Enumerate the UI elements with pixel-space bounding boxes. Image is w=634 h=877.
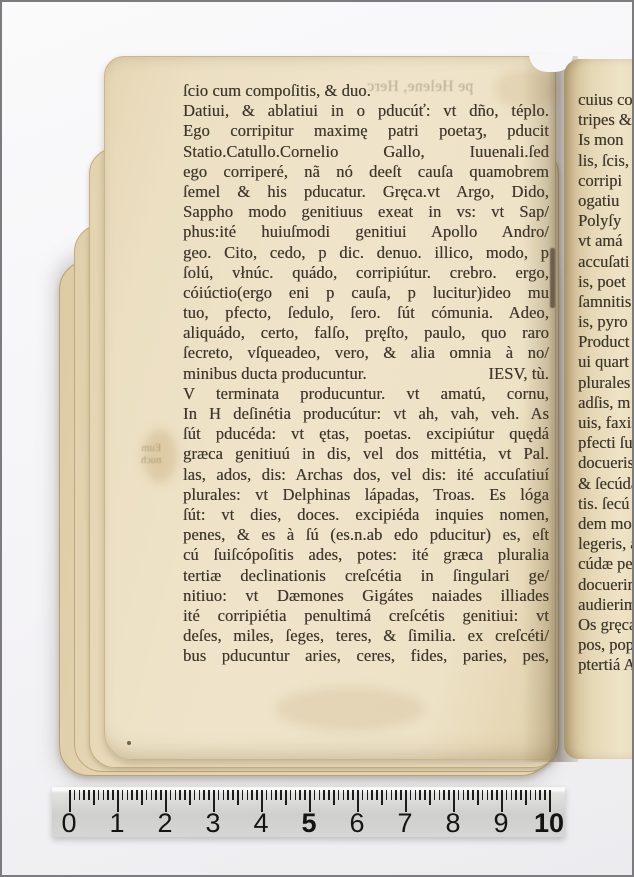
text-line: aliquádo, certo, falſo, pręſto, paulo, q… — [183, 323, 549, 343]
ruler-tick — [151, 790, 153, 800]
text-line: In H deſinétia producútur: vt ah, vah, v… — [183, 404, 549, 424]
text-line: las, ados, dis: Archas dos, vel dis: ité… — [183, 465, 549, 485]
ruler-tick — [386, 790, 388, 800]
ruler-number: 6 — [337, 808, 377, 839]
ruler-number: 0 — [49, 808, 89, 839]
ruler-tick — [184, 790, 186, 800]
ruler-number: 10 — [529, 808, 569, 839]
text-line: accuſati — [578, 252, 634, 272]
ruler-tick — [434, 790, 436, 800]
ruler-tick — [141, 790, 143, 805]
text-line: docueris — [578, 453, 634, 473]
text-line: ſút: vt dies, doces. excipiéda inquies n… — [183, 505, 549, 525]
ruler-tick — [208, 790, 210, 800]
text-line: vt amá — [578, 231, 634, 251]
ruler-tick — [419, 790, 421, 800]
ruler-number: 9 — [481, 808, 521, 839]
ruler-tick — [458, 790, 460, 800]
ruler-tick — [482, 790, 484, 800]
text-line: cóiúctio(ergo eni p cauſa, p lucitur)ide… — [183, 283, 549, 303]
text-line: Datiui, & ablatiui in o pducúť: vt dño, … — [183, 101, 549, 121]
foxing-speck — [127, 741, 131, 745]
ruler-tick — [415, 790, 417, 800]
ruler-number: 4 — [241, 808, 281, 839]
ruler-tick — [391, 790, 393, 800]
ruler-tick — [98, 790, 100, 800]
ruler-tick — [467, 790, 469, 800]
ruler-tick — [107, 790, 109, 800]
ruler-tick — [338, 790, 340, 800]
ruler-tick — [515, 790, 517, 800]
ruler-tick — [242, 790, 244, 800]
ruler-tick — [367, 790, 369, 800]
ruler-tick — [93, 790, 95, 805]
ruler-tick — [256, 790, 258, 800]
text-line: ui quart — [578, 352, 634, 372]
text-line-part: ſcio cum compoſitis, & duo. — [183, 81, 371, 101]
ruler-tick — [122, 790, 124, 800]
ruler-tick — [131, 790, 133, 800]
ruler-tick — [271, 790, 273, 800]
ruler-tick — [525, 790, 527, 805]
ruler-tick — [146, 790, 148, 800]
page-stain — [143, 429, 177, 483]
ruler-tick — [535, 790, 537, 800]
ruler-tick — [170, 790, 172, 800]
ruler-tick — [83, 790, 85, 800]
ruler-tick — [491, 790, 493, 800]
ruler-tick — [343, 790, 345, 800]
ruler-tick — [251, 790, 253, 800]
text-line: & ſecúda — [578, 474, 634, 494]
ruler-tick — [371, 790, 373, 800]
ruler-tick — [266, 790, 268, 800]
ruler-tick — [285, 790, 287, 805]
ruler-tick — [88, 790, 90, 800]
text-line: cuius co — [578, 90, 634, 110]
text-line: ogatiu — [578, 191, 634, 211]
ruler-tick — [280, 790, 282, 800]
ruler-tick — [530, 790, 532, 800]
ruler-number: 8 — [433, 808, 473, 839]
ruler-tick — [323, 790, 325, 800]
ruler-tick — [136, 790, 138, 800]
ruler-tick — [347, 790, 349, 800]
text-line: audierim — [578, 595, 634, 615]
ruler-tick — [429, 790, 431, 805]
ruler-tick — [295, 790, 297, 800]
text-line: deſes, miles, ſeges, teres, & ſimilia. e… — [183, 626, 549, 646]
ruler-tick — [395, 790, 397, 800]
ruler-tick — [194, 790, 196, 800]
text-line: nitiuo: vt Dæmones Gigátes naiades illia… — [183, 586, 549, 606]
ruler-tick — [237, 790, 239, 805]
text-line: pos, pop — [578, 635, 634, 655]
text-line: Is mon — [578, 130, 634, 150]
ruler-tick — [328, 790, 330, 800]
text-line: phus:ité huiuſmodi genitiui Apollo Andro… — [183, 222, 549, 242]
text-line: is, pyro — [578, 312, 634, 332]
ruler-tick — [496, 790, 498, 800]
text-line: penes, & es à ſú (es.n.ab edo pducitur) … — [183, 525, 549, 545]
ruler-tick — [227, 790, 229, 800]
right-page: cuius cotripes &Is monlis, ſcis,corripio… — [564, 59, 634, 759]
ruler-tick — [439, 790, 441, 800]
ruler-number: 1 — [97, 808, 137, 839]
ruler-tick — [304, 790, 306, 800]
ruler-tick — [179, 790, 181, 800]
ruler-tick — [189, 790, 191, 805]
text-line: V terminata producuntur. vt amatú, cornu… — [183, 384, 549, 404]
ruler-tick — [127, 790, 129, 800]
ruler-tick — [299, 790, 301, 800]
text-line: pfecti ſu — [578, 433, 634, 453]
ruler-tick — [448, 790, 450, 800]
ruler-tick — [443, 790, 445, 800]
text-line: plurales — [578, 373, 634, 393]
text-line: Polyſy — [578, 211, 634, 231]
text-line: tuo, pfecto, ſedulo, ſero. ſút cómunia. … — [183, 303, 549, 323]
text-line: ſamnitis — [578, 292, 634, 312]
ruler-tick — [314, 790, 316, 800]
ruler-tick — [511, 790, 513, 800]
text-line: ego corriperé, nã nó deeſt cauſa quamobr… — [183, 162, 549, 182]
text-line: Statio.Catullo.Cornelio Gallo, Iuuenali.… — [183, 142, 549, 162]
ruler-tick — [175, 790, 177, 800]
ruler-tick — [232, 790, 234, 800]
ruler-tick — [203, 790, 205, 800]
ruler-tick — [410, 790, 412, 800]
ruler-tick — [155, 790, 157, 800]
ruler-tick — [477, 790, 479, 805]
text-line: Ego corripitur maximę patri poetaʒ, pduc… — [183, 121, 549, 141]
text-line: tertiæ declinationis creſcétia in ſingul… — [183, 566, 549, 586]
left-page: pe Helene, Herc Eum nuch ſcio cum compoſ… — [104, 56, 556, 760]
page-stain — [275, 687, 425, 731]
ruler-tick — [275, 790, 277, 800]
ruler-tick — [103, 790, 105, 800]
text-line: tripes & — [578, 110, 634, 130]
text-line: geo. Cito, cedo, p dic. denuo. illico, m… — [183, 243, 549, 263]
text-line: uis, faxis — [578, 413, 634, 433]
ruler-tick — [352, 790, 354, 800]
text-line: plurales: vt Delphinas lápadas, Troas. E… — [183, 485, 549, 505]
text-line-part: minibus ducta producuntur. — [183, 364, 367, 384]
text-line: ſemel & his pducatur. Gręca.vt Argo, Did… — [183, 182, 549, 202]
ruler-tick — [520, 790, 522, 800]
left-page-text: ſcio cum compoſitis, & duo.Datiui, & abl… — [183, 81, 549, 666]
text-line: græca genitiuú in dis, vel dos mittétia,… — [183, 444, 549, 464]
text-line: docuerin — [578, 575, 634, 595]
ruler-tick — [199, 790, 201, 800]
ruler-number: 5 — [289, 808, 329, 839]
text-line: Os gręca — [578, 615, 634, 635]
ruler-tick — [376, 790, 378, 800]
ruler-tick — [381, 790, 383, 805]
right-page-text: cuius cotripes &Is monlis, ſcis,corripio… — [578, 90, 634, 675]
ruler-tick — [319, 790, 321, 800]
ruler-tick — [487, 790, 489, 800]
text-line: adſis, m — [578, 393, 634, 413]
ruler: 012345678910 — [52, 787, 565, 837]
ruler-tick — [223, 790, 225, 800]
text-line: Product — [578, 332, 634, 352]
text-line: tis. ſecú — [578, 494, 634, 514]
ruler-tick — [362, 790, 364, 800]
ruler-tick — [160, 790, 162, 800]
ruler-tick — [400, 790, 402, 800]
ruler-tick — [463, 790, 465, 800]
text-line: is, poet — [578, 272, 634, 292]
ruler-tick — [247, 790, 249, 800]
gutter-dark-streak — [550, 248, 555, 308]
text-line: ſcio cum compoſitis, & duo. — [183, 81, 549, 101]
text-line: ſecreto, vſqueadeo, vero, & alia omnia à… — [183, 343, 549, 363]
text-line: corripi — [578, 171, 634, 191]
ruler-tick — [74, 790, 76, 800]
ruler-tick — [218, 790, 220, 800]
ruler-tick — [290, 790, 292, 800]
ruler-number: 3 — [193, 808, 233, 839]
text-line: cú ſuiſcópoſitis ades, potes: ité græca … — [183, 545, 549, 565]
ruler-tick — [79, 790, 81, 800]
text-line: ptertiá A — [578, 655, 634, 675]
ruler-number: 2 — [145, 808, 185, 839]
ruler-number: 7 — [385, 808, 425, 839]
text-line: dem mo — [578, 514, 634, 534]
text-line: lis, ſcis, — [578, 151, 634, 171]
book-photo: pe Helene, Herc Eum nuch ſcio cum compoſ… — [0, 0, 634, 877]
text-line: legeris, a — [578, 534, 634, 554]
ruler-tick — [424, 790, 426, 800]
ruler-tick — [112, 790, 114, 800]
ruler-tick — [544, 790, 546, 800]
text-line: bus pducuntur aries, ceres, fides, parie… — [183, 646, 549, 666]
text-line: cúdæ per — [578, 554, 634, 574]
text-line: ſolú, vłnúc. quádo, corripiútur. crebro.… — [183, 263, 549, 283]
ruler-tick — [506, 790, 508, 800]
ruler-tick — [539, 790, 541, 800]
text-line: ſút pducéda: vt ętas, poetas. excipiútur… — [183, 424, 549, 444]
text-line: ité corripiétia penultimá creſcétis geni… — [183, 606, 549, 626]
ruler-tick — [333, 790, 335, 805]
text-line: minibus ducta producuntur.IESV, tù. — [183, 364, 549, 384]
text-line: Sappho modo genitiuus exeat in vs: vt Sa… — [183, 202, 549, 222]
ruler-tick — [472, 790, 474, 800]
